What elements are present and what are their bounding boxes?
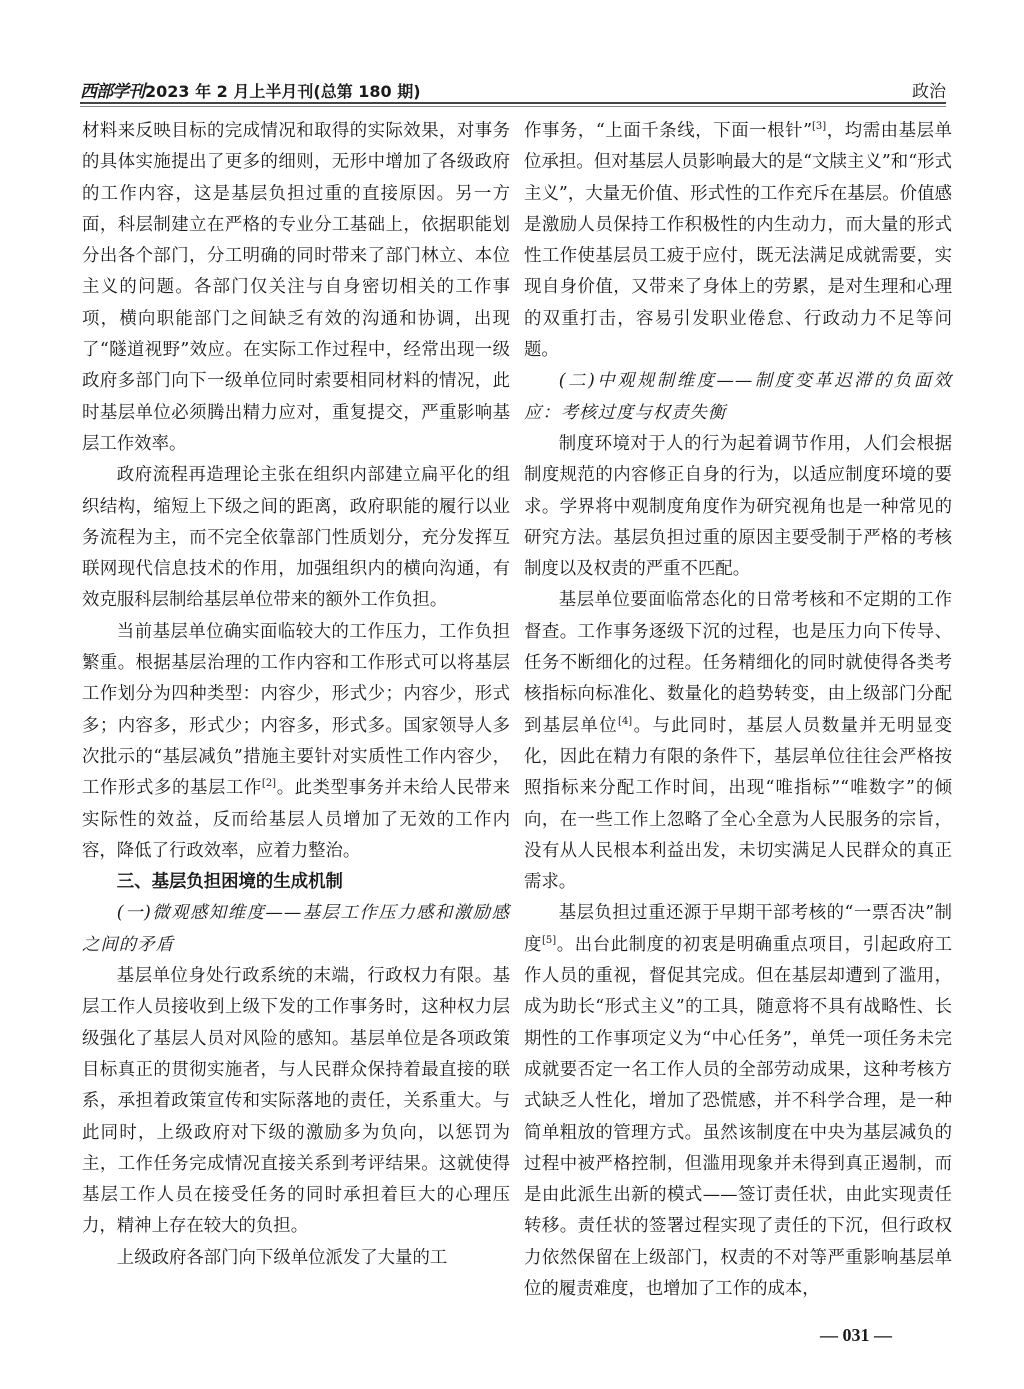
journal-logo: 西部学刊 [80,77,144,102]
citation-ref: [5] [542,935,556,946]
paragraph: 制度环境对于人的行为起着调节作用，人们会根据制度规范的内容修正自身的行为，以适应… [524,429,952,585]
left-column: 材料来反映目标的完成情况和取得的实际效果，对事务的具体实施提出了更多的细则，无形… [82,116,510,1274]
paragraph: 政府流程再造理论主张在组织内部建立扁平化的组织结构，缩短上下级之间的距离，政府职… [82,460,510,616]
right-column: 作事务，“上面千条线，下面一根针”[3]，均需由基层单位承担。但对基层人员影响最… [524,116,952,1305]
citation-ref: [2] [262,778,276,789]
paragraph: 材料来反映目标的完成情况和取得的实际效果，对事务的具体实施提出了更多的细则，无形… [82,116,510,460]
header-rule [80,102,946,104]
paragraph: 当前基层单位确实面临较大的工作压力，工作负担繁重。根据基层治理的工作内容和工作形… [82,617,510,867]
paragraph: 基层单位要面临常态化的日常考核和不定期的工作督查。工作事务逐级下沉的过程，也是压… [524,585,952,898]
subsection-heading: (二)中观规制维度——制度变革迟滞的负面效应：考核过度与权责失衡 [524,366,952,429]
running-header: 西部学刊 2023 年 2 月上半月刊(总第 180 期) 政治 [80,72,946,102]
section-name: 政治 [912,77,946,102]
citation-ref: [4] [618,716,632,727]
header-rule-thin [80,106,946,107]
paragraph: 作事务，“上面千条线，下面一根针”[3]，均需由基层单位承担。但对基层人员影响最… [524,116,952,366]
citation-ref: [3] [812,121,826,132]
paragraph: 基层单位身处行政系统的末端，行政权力有限。基层工作人员接收到上级下发的工作事务时… [82,961,510,1243]
paragraph: 基层负担过重还源于早期干部考核的“一票否决”制度[5]。出台此制度的初衷是明确重… [524,898,952,1305]
paragraph: 上级政府各部门向下级单位派发了大量的工 [82,1243,510,1274]
journal-info: 西部学刊 2023 年 2 月上半月刊(总第 180 期) [80,77,421,102]
page-number: — 031 — [820,1325,892,1346]
issue-info: 2023 年 2 月上半月刊(总第 180 期) [145,79,421,102]
subsection-heading: (一)微观感知维度——基层工作压力感和激励感之间的矛盾 [82,898,510,961]
section-heading: 三、基层负担困境的生成机制 [82,867,510,898]
